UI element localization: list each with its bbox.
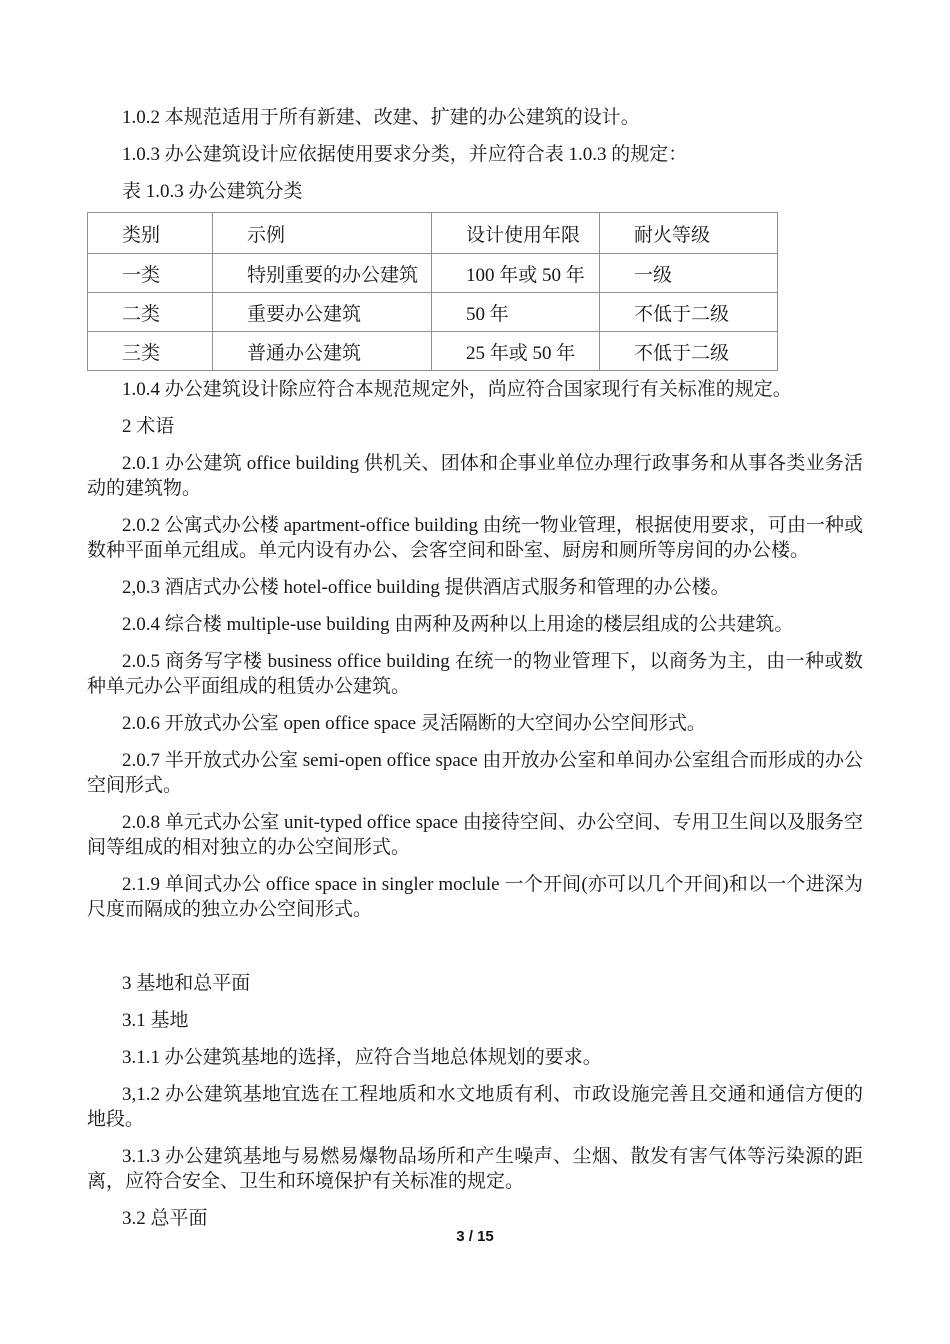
table-header-cell: 设计使用年限 <box>432 213 600 254</box>
heading-3-1-site: 3.1 基地 <box>87 1008 863 1033</box>
clause-2-0-8: 2.0.8 单元式办公室 unit-typed office space 由接待… <box>87 810 863 860</box>
clause-2-0-6: 2.0.6 开放式办公室 open office space 灵活隔断的大空间办… <box>87 711 863 736</box>
clause-1-0-2: 1.0.2 本规范适用于所有新建、改建、扩建的办公建筑的设计。 <box>87 105 863 130</box>
clause-3-1-2: 3,1.2 办公建筑基地宜选在工程地质和水文地质有利、市政设施完善且交通和通信方… <box>87 1082 863 1132</box>
clause-2-0-7: 2.0.7 半开放式办公室 semi-open office space 由开放… <box>87 748 863 798</box>
clause-2-1-9: 2.1.9 单间式办公 office space in singler mocl… <box>87 872 863 922</box>
page-number: 3 / 15 <box>0 1228 950 1245</box>
table-caption: 表 1.0.3 办公建筑分类 <box>87 179 863 204</box>
table-header-cell: 示例 <box>213 213 432 254</box>
clause-2-0-4: 2.0.4 综合楼 multiple-use building 由两种及两种以上… <box>87 612 863 637</box>
clause-2-0-2: 2.0.2 公寓式办公楼 apartment-office building 由… <box>87 513 863 563</box>
table-cell: 100 年或 50 年 <box>432 254 600 293</box>
table-cell: 重要办公建筑 <box>213 293 432 332</box>
clause-3-1-1: 3.1.1 办公建筑基地的选择，应符合当地总体规划的要求。 <box>87 1045 863 1070</box>
table-cell: 不低于二级 <box>600 293 778 332</box>
document-page: 1.0.2 本规范适用于所有新建、改建、扩建的办公建筑的设计。 1.0.3 办公… <box>0 0 950 1344</box>
table-cell: 一类 <box>88 254 213 293</box>
table-cell: 一级 <box>600 254 778 293</box>
clause-2-0-1: 2.0.1 办公建筑 office building 供机关、团体和企事业单位办… <box>87 451 863 501</box>
clause-1-0-3: 1.0.3 办公建筑设计应依据使用要求分类，并应符合表 1.0.3 的规定： <box>87 142 863 167</box>
table-row: 一类 特别重要的办公建筑 100 年或 50 年 一级 <box>88 254 778 293</box>
table-cell: 三类 <box>88 332 213 371</box>
clause-1-0-4: 1.0.4 办公建筑设计除应符合本规范规定外，尚应符合国家现行有关标准的规定。 <box>87 377 863 402</box>
table-header-row: 类别 示例 设计使用年限 耐火等级 <box>88 213 778 254</box>
table-row: 三类 普通办公建筑 25 年或 50 年 不低于二级 <box>88 332 778 371</box>
table-cell: 25 年或 50 年 <box>432 332 600 371</box>
document-body: 1.0.2 本规范适用于所有新建、改建、扩建的办公建筑的设计。 1.0.3 办公… <box>87 105 863 1243</box>
table-header-cell: 耐火等级 <box>600 213 778 254</box>
blank-line <box>87 934 863 959</box>
classification-table: 类别 示例 设计使用年限 耐火等级 一类 特别重要的办公建筑 100 年或 50… <box>87 212 778 371</box>
table-cell: 50 年 <box>432 293 600 332</box>
clause-3-1-3: 3.1.3 办公建筑基地与易燃易爆物品场所和产生噪声、尘烟、散发有害气体等污染源… <box>87 1144 863 1194</box>
table-header-cell: 类别 <box>88 213 213 254</box>
clause-2-0-5: 2.0.5 商务写字楼 business office building 在统一… <box>87 649 863 699</box>
table-cell: 特别重要的办公建筑 <box>213 254 432 293</box>
table-cell: 不低于二级 <box>600 332 778 371</box>
table-cell: 普通办公建筑 <box>213 332 432 371</box>
table-cell: 二类 <box>88 293 213 332</box>
heading-chapter-3-site-and-plan: 3 基地和总平面 <box>87 971 863 996</box>
table-row: 二类 重要办公建筑 50 年 不低于二级 <box>88 293 778 332</box>
heading-chapter-2-terms: 2 术语 <box>87 414 863 439</box>
clause-2-0-3: 2,0.3 酒店式办公楼 hotel-office building 提供酒店式… <box>87 575 863 600</box>
